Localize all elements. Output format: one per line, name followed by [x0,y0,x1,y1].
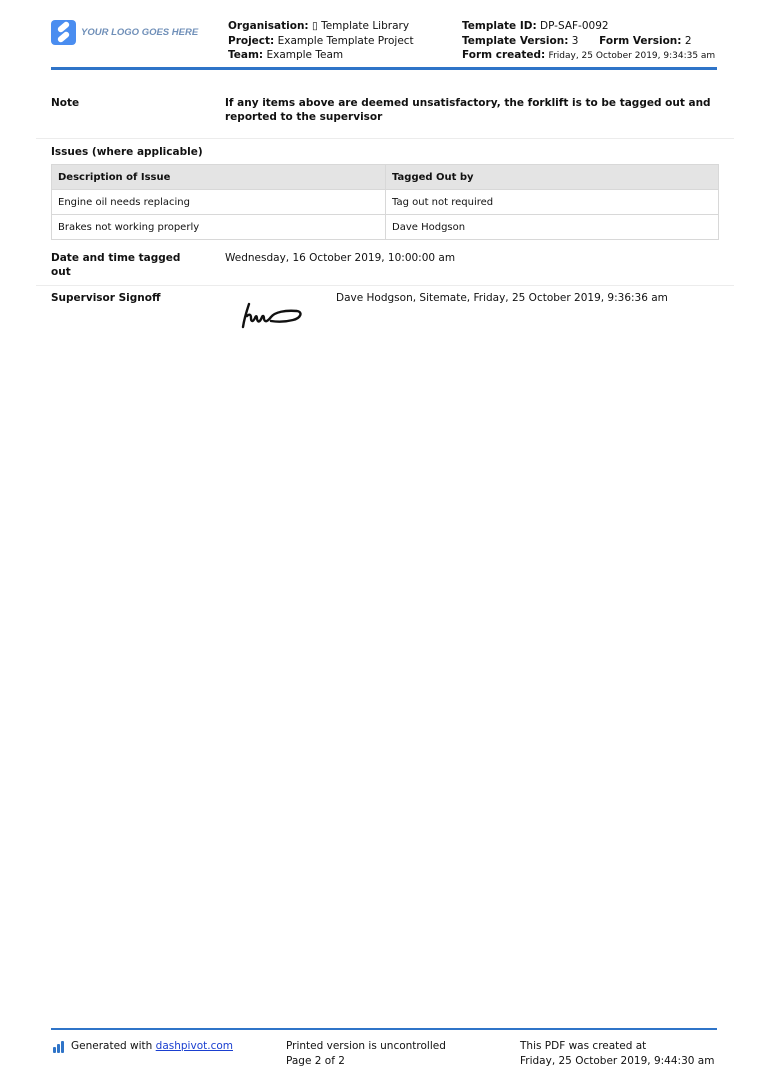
issues-title: Issues (where applicable) [51,145,203,159]
organisation-value: ▯ Template Library [312,20,409,32]
company-logo: YOUR LOGO GOES HERE [51,20,198,45]
team-value: Example Team [266,49,343,61]
template-id-value: DP-SAF-0092 [540,20,609,32]
header-meta-right: Template ID: DP-SAF-0092 Template Versio… [462,19,715,64]
project-line: Project: Example Template Project [228,34,414,49]
uncontrolled-notice: Printed version is uncontrolled [286,1039,446,1054]
template-id-label: Template ID: [462,20,537,32]
note-label: Note [51,96,79,110]
team-line: Team: Example Team [228,48,414,63]
project-label: Project: [228,35,274,47]
version-line: Template Version: 3 Form Version: 2 [462,34,715,49]
pdf-created-value: Friday, 25 October 2019, 9:44:30 am [520,1054,714,1069]
logo-text: YOUR LOGO GOES HERE [81,27,198,38]
table-row: Brakes not working properly Dave Hodgson [52,215,719,240]
generated-prefix: Generated with [71,1040,152,1052]
signoff-label: Supervisor Signoff [51,291,160,305]
document-header: YOUR LOGO GOES HERE Organisation: ▯ Temp… [0,0,768,70]
column-header-tagged-out-by: Tagged Out by [386,165,719,190]
page-number: Page 2 of 2 [286,1054,446,1069]
column-header-description: Description of Issue [52,165,386,190]
section-divider [36,285,734,286]
form-created-line: Form created: Friday, 25 October 2019, 9… [462,48,715,64]
issue-description: Engine oil needs replacing [52,190,386,215]
organisation-label: Organisation: [228,20,309,32]
table-row: Engine oil needs replacing Tag out not r… [52,190,719,215]
template-id-line: Template ID: DP-SAF-0092 [462,19,715,34]
logo-icon [51,20,76,45]
form-created-label: Form created: [462,49,545,61]
issue-description: Brakes not working properly [52,215,386,240]
form-created-value: Friday, 25 October 2019, 9:34:35 am [549,51,716,61]
note-value: If any items above are deemed unsatisfac… [225,96,725,124]
issue-tagged-out-by: Dave Hodgson [386,215,719,240]
team-label: Team: [228,49,263,61]
issue-tagged-out-by: Tag out not required [386,190,719,215]
tagged-out-value: Wednesday, 16 October 2019, 10:00:00 am [225,251,455,265]
form-version-label: Form Version: [599,35,681,47]
template-version-value: 3 [572,35,579,47]
issues-table: Description of Issue Tagged Out by Engin… [51,164,719,240]
tagged-out-label: Date and time tagged out [51,251,191,279]
organisation-line: Organisation: ▯ Template Library [228,19,414,34]
signature-image [241,300,305,330]
section-divider [36,138,734,139]
footer-generated: Generated with dashpivot.com [53,1039,233,1054]
dashpivot-link[interactable]: dashpivot.com [156,1040,233,1052]
footer-pdf-created: This PDF was created at Friday, 25 Octob… [520,1039,714,1068]
footer-page-info: Printed version is uncontrolled Page 2 o… [286,1039,446,1068]
header-meta-left: Organisation: ▯ Template Library Project… [228,19,414,63]
header-divider [51,67,717,70]
issues-table-header: Description of Issue Tagged Out by [52,165,719,190]
project-value: Example Template Project [278,35,414,47]
dashpivot-bars-icon [53,1041,65,1053]
pdf-created-label: This PDF was created at [520,1039,714,1054]
footer-divider [51,1028,717,1030]
signoff-value: Dave Hodgson, Sitemate, Friday, 25 Octob… [336,291,668,305]
form-version-value: 2 [685,35,692,47]
template-version-label: Template Version: [462,35,568,47]
